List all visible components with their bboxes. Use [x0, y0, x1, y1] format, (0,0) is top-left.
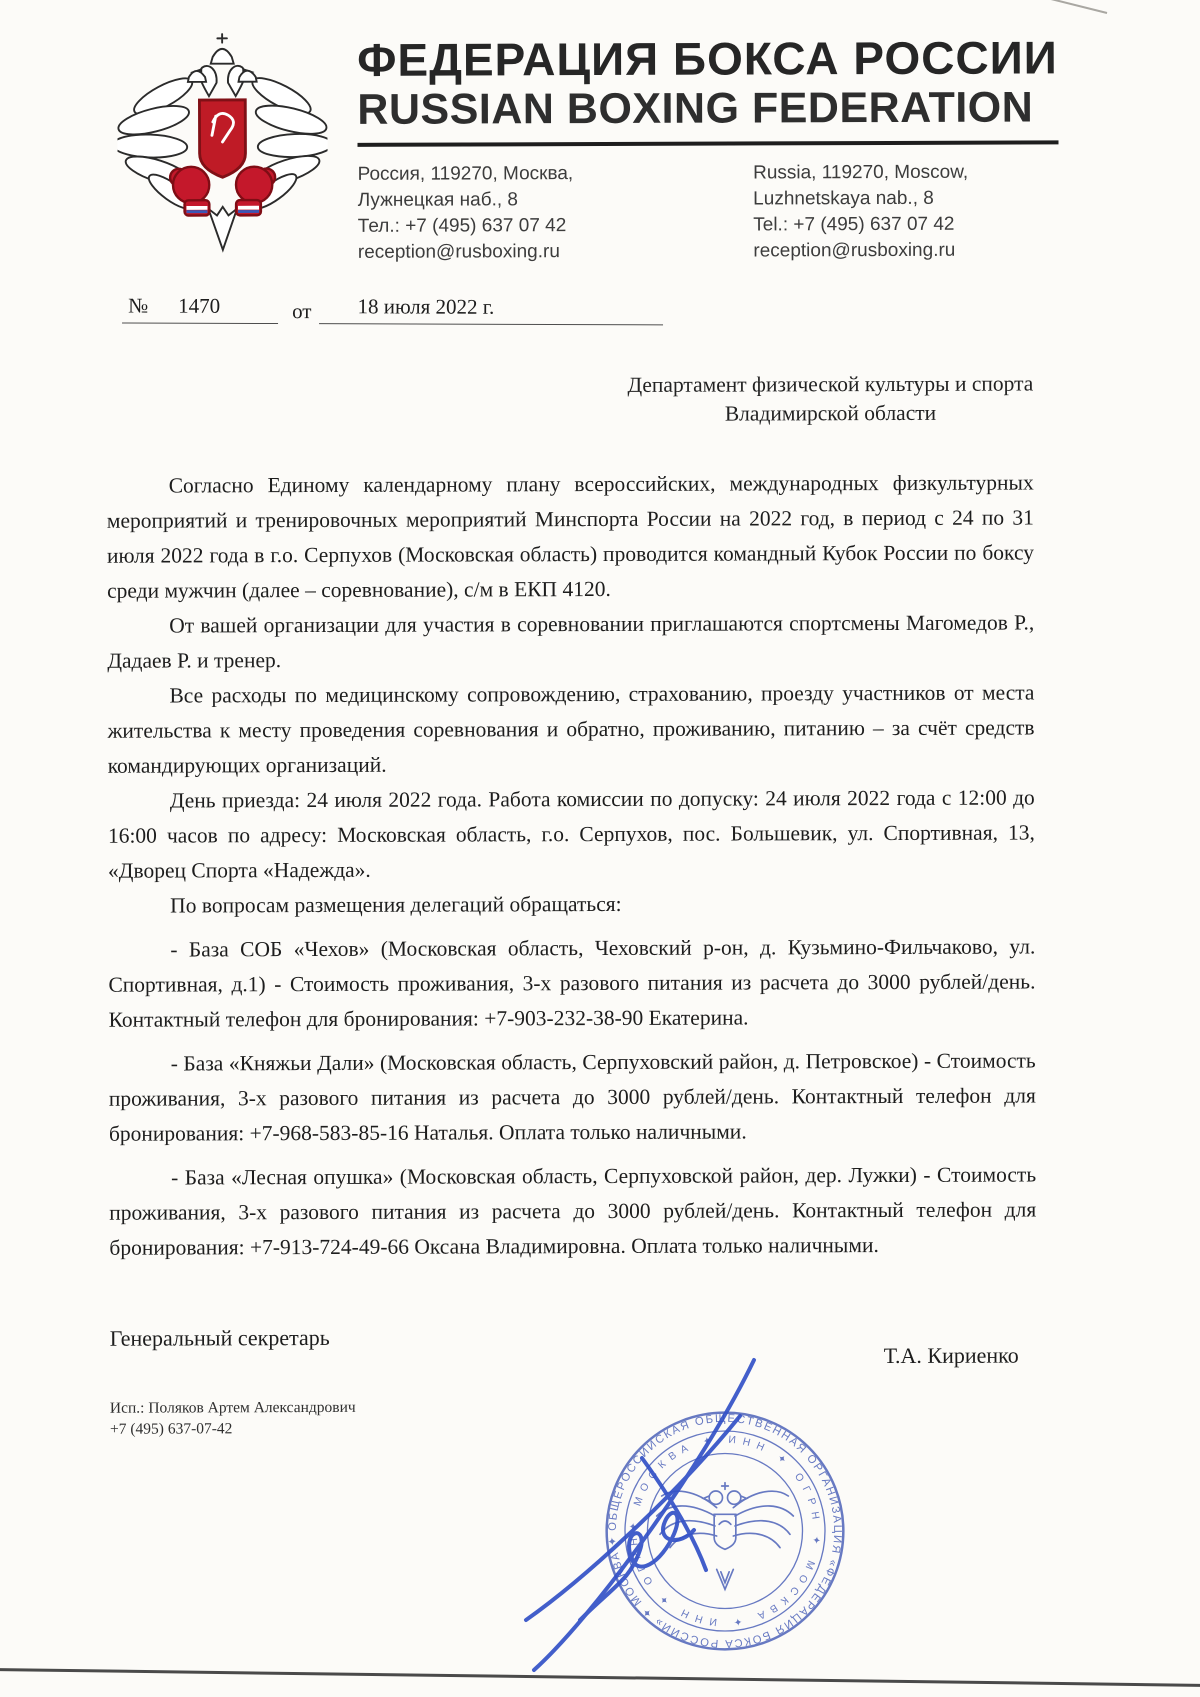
- address-ru-line: Тел.: +7 (495) 637 07 42: [358, 213, 574, 240]
- header-divider: [357, 140, 1058, 146]
- signature-icon: [522, 1318, 822, 1688]
- signer-title: Генеральный секретарь: [110, 1325, 330, 1372]
- address-en: Russia, 119270, Moscow, Luzhnetskaya nab…: [753, 160, 968, 265]
- addressee-block: Департамент физической культуры и спорта…: [106, 369, 1033, 430]
- address-en-line: Luzhnetskaya nab., 8: [753, 186, 968, 213]
- document-page: ФЕДЕРАЦИЯ БОКСА РОССИИ RUSSIAN BOXING FE…: [0, 0, 1200, 1697]
- address-ru: Россия, 119270, Москва, Лужнецкая наб., …: [358, 161, 574, 266]
- paragraph: От вашей организации для участия в сорев…: [107, 605, 1034, 678]
- addressee-line1: Департамент физической культуры и спорта: [627, 369, 1033, 399]
- addressee-line2: Владимирской области: [627, 398, 1033, 428]
- letter-body: Согласно Единому календарному плану всер…: [107, 465, 1037, 1265]
- doc-number: 1470: [178, 293, 220, 317]
- paragraph: - База «Княжьи Дали» (Московская область…: [109, 1043, 1036, 1151]
- doc-from-label: от: [292, 299, 311, 323]
- doc-number-field: №1470: [122, 293, 278, 324]
- paragraph: Согласно Единому календарному плану всер…: [107, 465, 1034, 608]
- address-ru-line: reception@rusboxing.ru: [358, 239, 574, 266]
- federation-emblem-icon: [117, 25, 328, 264]
- paragraph: Все расходы по медицинскому сопровождени…: [107, 675, 1034, 783]
- address-ru-line: Лужнецкая наб., 8: [358, 187, 574, 214]
- letterhead: ФЕДЕРАЦИЯ БОКСА РОССИИ RUSSIAN BOXING FE…: [105, 22, 1033, 266]
- address-en-line: Tel.: +7 (495) 637 07 42: [753, 212, 968, 239]
- paragraph: День приезда: 24 июля 2022 года. Работа …: [108, 780, 1035, 888]
- address-en-line: Russia, 119270, Moscow,: [753, 160, 968, 187]
- org-title-ru: ФЕДЕРАЦИЯ БОКСА РОССИИ: [357, 32, 1058, 86]
- letterhead-text: ФЕДЕРАЦИЯ БОКСА РОССИИ RUSSIAN BOXING FE…: [357, 22, 1058, 265]
- address-block: Россия, 119270, Москва, Лужнецкая наб., …: [358, 159, 1059, 265]
- org-title-en: RUSSIAN BOXING FEDERATION: [357, 84, 1058, 134]
- reference-line: №1470от18 июля 2022 г.: [122, 293, 1033, 330]
- doc-date: 18 июля 2022 г.: [319, 294, 663, 325]
- scan-content: ФЕДЕРАЦИЯ БОКСА РОССИИ RUSSIAN BOXING FE…: [0, 0, 1200, 1440]
- address-ru-line: Россия, 119270, Москва,: [358, 161, 574, 188]
- paragraph: По вопросам размещения делегаций обращат…: [108, 885, 1035, 923]
- address-en-line: reception@rusboxing.ru: [753, 238, 968, 265]
- doc-number-label: №: [128, 293, 148, 317]
- paragraph: - База СОБ «Чехов» (Московская область, …: [108, 929, 1035, 1037]
- signer-name: Т.А. Кириенко: [884, 1342, 1019, 1368]
- paragraph: - База «Лесная опушка» (Московская облас…: [109, 1157, 1036, 1265]
